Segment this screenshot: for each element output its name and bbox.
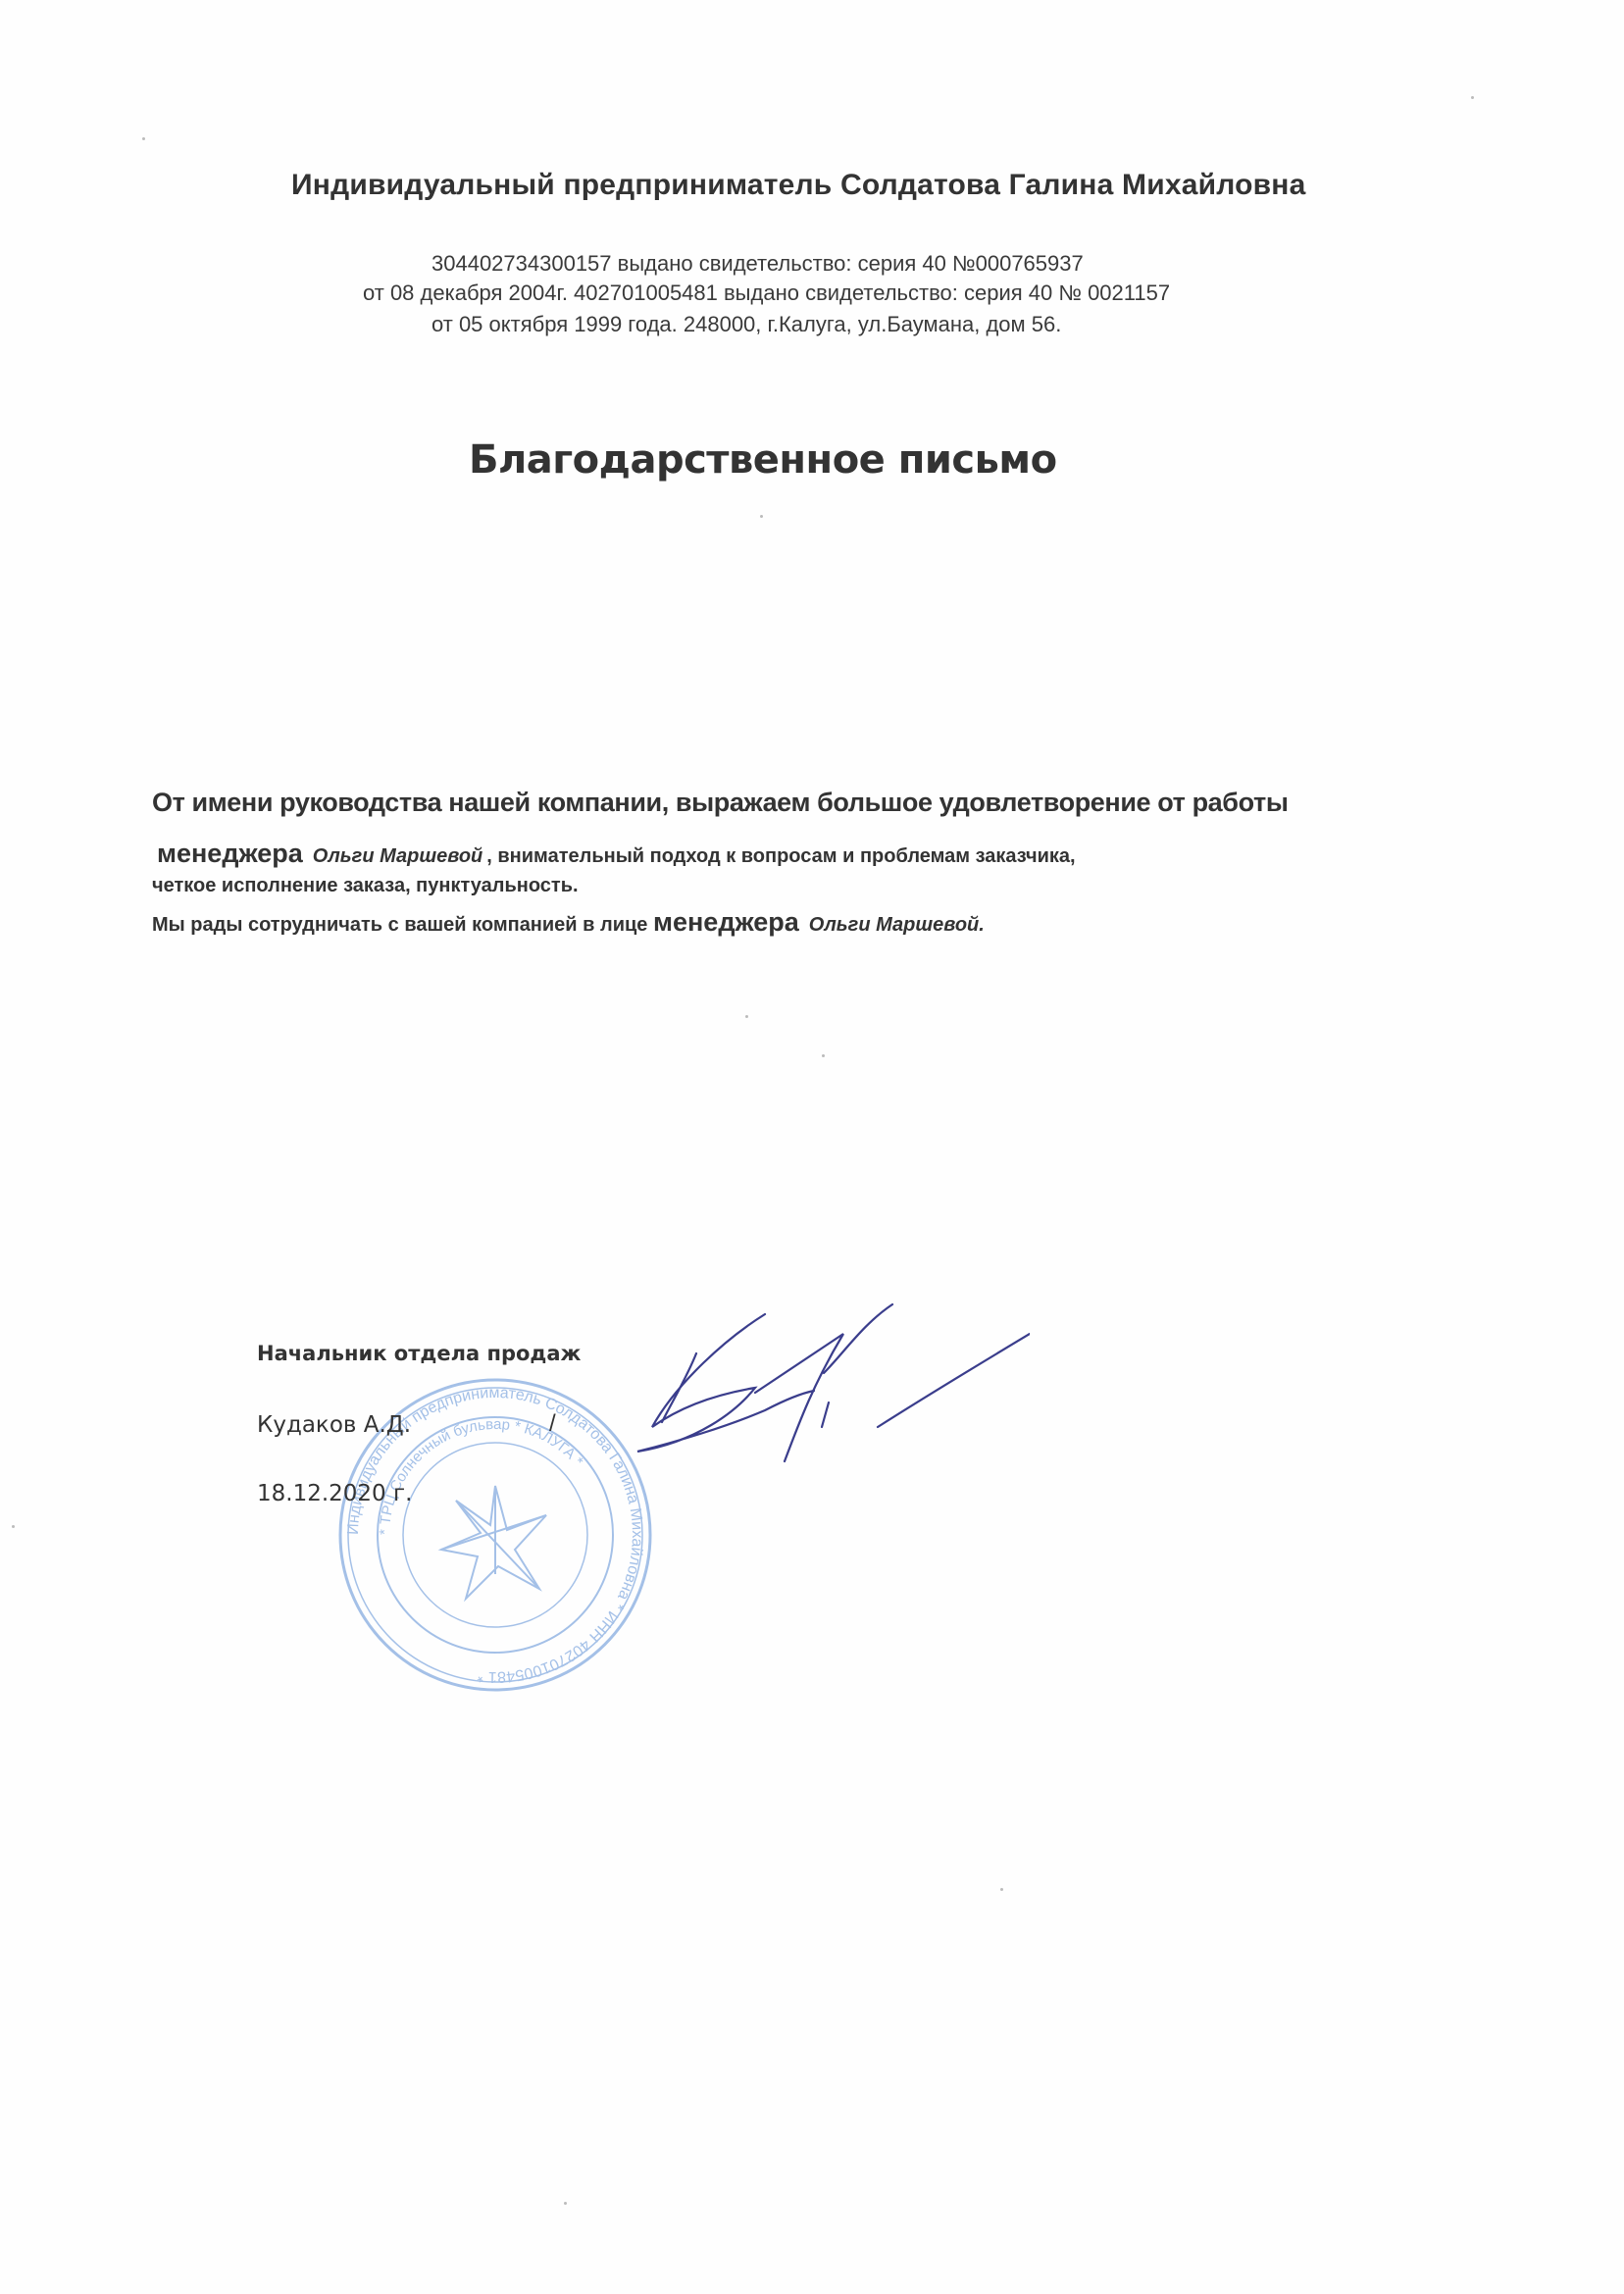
manager-name-2: Ольги Маршевой.: [809, 914, 985, 936]
signatory-role: Начальник отдела продаж: [257, 1342, 581, 1365]
scan-artifact: [1000, 1888, 1003, 1891]
body-line-2: менеджераОльги Маршевой, внимательный по…: [157, 839, 1076, 869]
registration-line-2: от 08 декабря 2004г. 402701005481 выдано…: [363, 280, 1170, 306]
body-line-3: четкое исполнение заказа, пунктуальность…: [152, 875, 579, 897]
signature-separator: /: [549, 1410, 556, 1438]
registration-line-3: от 05 октября 1999 года. 248000, г.Калуг…: [431, 312, 1061, 337]
manager-name: Ольги Маршевой: [313, 845, 483, 867]
scan-artifact: [760, 515, 763, 518]
manager-word-2: менеджера: [653, 907, 799, 937]
body-line-2-rest: , внимательный подход к вопросам и пробл…: [486, 845, 1075, 867]
body-line-1: От имени руководства нашей компании, выр…: [152, 788, 1288, 818]
scan-artifact: [1471, 96, 1474, 99]
scan-artifact: [564, 2202, 567, 2205]
body-line-4-text: Мы рады сотрудничать с вашей компанией в…: [152, 914, 653, 936]
letter-page: Индивидуальный предприниматель Солдатова…: [0, 0, 1624, 2294]
body-line-4: Мы рады сотрудничать с вашей компанией в…: [152, 907, 989, 938]
manager-word: менеджера: [157, 839, 303, 868]
signature-date: 18.12.2020 г.: [257, 1481, 412, 1506]
scan-artifact: [12, 1525, 15, 1528]
letter-title: Благодарственное письмо: [469, 437, 1057, 483]
scan-artifact: [142, 137, 145, 140]
scan-artifact: [745, 1015, 748, 1018]
entrepreneur-title: Индивидуальный предприниматель Солдатова…: [291, 169, 1306, 202]
signatory-name: Кудаков А.Д.: [257, 1412, 411, 1438]
handwritten-signature-icon: [618, 1295, 1030, 1471]
scan-artifact: [822, 1054, 825, 1057]
registration-line-1: 304402734300157 выдано свидетельство: се…: [431, 251, 1084, 277]
